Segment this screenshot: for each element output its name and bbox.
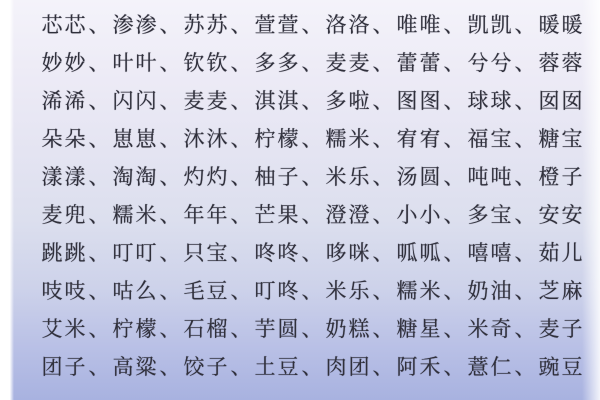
nickname: 多多 — [255, 51, 301, 75]
separator: 、 — [230, 165, 255, 189]
separator: 、 — [301, 89, 326, 113]
nickname: 兮兮 — [468, 51, 514, 75]
nickname: 朵朵 — [42, 127, 88, 151]
nickname: 叮咚 — [255, 279, 301, 303]
nickname: 柠檬 — [113, 317, 159, 341]
nickname-row: 朵朵、崽崽、沐沐、柠檬、糯米、宥宥、福宝、糖宝 — [0, 120, 600, 158]
nickname: 多啦 — [326, 89, 372, 113]
nickname: 糖星 — [397, 317, 443, 341]
nickname: 高粱 — [113, 355, 159, 379]
separator: 、 — [88, 355, 113, 379]
nickname: 跳跳 — [42, 241, 88, 265]
nickname: 阿禾 — [397, 355, 443, 379]
nickname: 叶叶 — [113, 51, 159, 75]
nickname: 嘻嘻 — [468, 241, 514, 265]
separator: 、 — [159, 89, 184, 113]
page-right-fade — [582, 0, 600, 400]
nickname: 蓉蓉 — [539, 51, 585, 75]
separator: 、 — [301, 355, 326, 379]
nickname: 只宝 — [184, 241, 230, 265]
separator: 、 — [159, 241, 184, 265]
nickname: 图图 — [397, 89, 443, 113]
separator: 、 — [230, 241, 255, 265]
nickname: 糯米 — [326, 127, 372, 151]
separator: 、 — [372, 89, 397, 113]
nickname: 沐沐 — [184, 127, 230, 151]
separator: 、 — [88, 203, 113, 227]
nickname: 柠檬 — [255, 127, 301, 151]
nickname-rows: 芯芯、渗渗、苏苏、萱萱、洛洛、唯唯、凯凯、暖暖妙妙、叶叶、钦钦、多多、麦麦、蕾蕾… — [0, 0, 600, 400]
separator: 、 — [372, 13, 397, 37]
nickname-row: 麦兜、糯米、年年、芒果、澄澄、小小、多宝、安安 — [0, 196, 600, 234]
nickname: 唯唯 — [397, 13, 443, 37]
nickname: 澄澄 — [326, 203, 372, 227]
separator: 、 — [301, 13, 326, 37]
separator: 、 — [372, 241, 397, 265]
separator: 、 — [514, 127, 539, 151]
nickname: 囡囡 — [539, 89, 585, 113]
nickname: 芯芯 — [42, 13, 88, 37]
separator: 、 — [514, 203, 539, 227]
nickname: 豌豆 — [539, 355, 585, 379]
nickname: 渗渗 — [113, 13, 159, 37]
separator: 、 — [159, 127, 184, 151]
separator: 、 — [372, 279, 397, 303]
nickname: 凯凯 — [468, 13, 514, 37]
nickname: 多宝 — [468, 203, 514, 227]
nickname: 肉团 — [326, 355, 372, 379]
separator: 、 — [159, 51, 184, 75]
separator: 、 — [443, 203, 468, 227]
nickname: 安安 — [539, 203, 585, 227]
nickname: 灼灼 — [184, 165, 230, 189]
separator: 、 — [159, 279, 184, 303]
separator: 、 — [372, 355, 397, 379]
nickname: 柚子 — [255, 165, 301, 189]
separator: 、 — [301, 127, 326, 151]
nickname: 奶糕 — [326, 317, 372, 341]
nickname: 宥宥 — [397, 127, 443, 151]
nickname: 糖宝 — [539, 127, 585, 151]
separator: 、 — [159, 165, 184, 189]
separator: 、 — [443, 89, 468, 113]
nickname: 闪闪 — [113, 89, 159, 113]
separator: 、 — [159, 355, 184, 379]
nickname: 茹儿 — [539, 241, 585, 265]
separator: 、 — [159, 13, 184, 37]
separator: 、 — [230, 279, 255, 303]
separator: 、 — [372, 165, 397, 189]
nickname: 麦麦 — [184, 89, 230, 113]
nickname: 糯米 — [397, 279, 443, 303]
nickname: 米乐 — [326, 165, 372, 189]
nickname: 吨吨 — [468, 165, 514, 189]
nickname-row: 团子、高粱、饺子、土豆、肉团、阿禾、薏仁、豌豆 — [0, 348, 600, 386]
nickname: 吱吱 — [42, 279, 88, 303]
nickname: 蕾蕾 — [397, 51, 443, 75]
nickname: 淇淇 — [255, 89, 301, 113]
separator: 、 — [301, 165, 326, 189]
separator: 、 — [301, 279, 326, 303]
separator: 、 — [514, 51, 539, 75]
nickname: 咚咚 — [255, 241, 301, 265]
nickname: 麦子 — [539, 317, 585, 341]
nickname: 漾漾 — [42, 165, 88, 189]
separator: 、 — [230, 355, 255, 379]
nickname: 石榴 — [184, 317, 230, 341]
nickname: 饺子 — [184, 355, 230, 379]
nickname: 洛洛 — [326, 13, 372, 37]
separator: 、 — [443, 165, 468, 189]
nickname: 薏仁 — [468, 355, 514, 379]
separator: 、 — [443, 317, 468, 341]
nickname: 萱萱 — [255, 13, 301, 37]
separator: 、 — [514, 355, 539, 379]
nickname: 福宝 — [468, 127, 514, 151]
nickname: 芒果 — [255, 203, 301, 227]
nickname: 呱呱 — [397, 241, 443, 265]
separator: 、 — [301, 241, 326, 265]
separator: 、 — [230, 13, 255, 37]
separator: 、 — [443, 127, 468, 151]
separator: 、 — [514, 317, 539, 341]
separator: 、 — [88, 127, 113, 151]
separator: 、 — [443, 279, 468, 303]
separator: 、 — [230, 203, 255, 227]
nickname: 米奇 — [468, 317, 514, 341]
nickname: 麦兜 — [42, 203, 88, 227]
nickname: 妙妙 — [42, 51, 88, 75]
separator: 、 — [88, 165, 113, 189]
nickname: 米乐 — [326, 279, 372, 303]
nickname-row: 妙妙、叶叶、钦钦、多多、麦麦、蕾蕾、兮兮、蓉蓉 — [0, 44, 600, 82]
separator: 、 — [301, 51, 326, 75]
separator: 、 — [301, 203, 326, 227]
nickname-row: 艾米、柠檬、石榴、芋圆、奶糕、糖星、米奇、麦子 — [0, 310, 600, 348]
nickname: 汤圆 — [397, 165, 443, 189]
separator: 、 — [514, 279, 539, 303]
separator: 、 — [230, 89, 255, 113]
nickname: 土豆 — [255, 355, 301, 379]
separator: 、 — [443, 13, 468, 37]
nickname-row: 浠浠、闪闪、麦麦、淇淇、多啦、图图、球球、囡囡 — [0, 82, 600, 120]
separator: 、 — [514, 241, 539, 265]
separator: 、 — [159, 317, 184, 341]
separator: 、 — [230, 317, 255, 341]
nickname: 钦钦 — [184, 51, 230, 75]
separator: 、 — [372, 51, 397, 75]
page-left-margin — [0, 0, 14, 400]
separator: 、 — [443, 51, 468, 75]
nickname: 橙子 — [539, 165, 585, 189]
separator: 、 — [301, 317, 326, 341]
nickname-row: 跳跳、叮叮、只宝、咚咚、哆咪、呱呱、嘻嘻、茹儿 — [0, 234, 600, 272]
separator: 、 — [88, 51, 113, 75]
nickname: 咕么 — [113, 279, 159, 303]
nickname: 麦麦 — [326, 51, 372, 75]
nickname: 苏苏 — [184, 13, 230, 37]
separator: 、 — [372, 317, 397, 341]
nickname: 糯米 — [113, 203, 159, 227]
nickname-row: 漾漾、淘淘、灼灼、柚子、米乐、汤圆、吨吨、橙子 — [0, 158, 600, 196]
nickname: 年年 — [184, 203, 230, 227]
nickname: 哆咪 — [326, 241, 372, 265]
separator: 、 — [88, 317, 113, 341]
nickname: 奶油 — [468, 279, 514, 303]
nickname-row: 芯芯、渗渗、苏苏、萱萱、洛洛、唯唯、凯凯、暖暖 — [0, 6, 600, 44]
nickname: 浠浠 — [42, 89, 88, 113]
nickname: 球球 — [468, 89, 514, 113]
separator: 、 — [372, 127, 397, 151]
nickname: 小小 — [397, 203, 443, 227]
nickname: 淘淘 — [113, 165, 159, 189]
separator: 、 — [159, 203, 184, 227]
separator: 、 — [230, 51, 255, 75]
nickname-list-page: 芯芯、渗渗、苏苏、萱萱、洛洛、唯唯、凯凯、暖暖妙妙、叶叶、钦钦、多多、麦麦、蕾蕾… — [0, 0, 600, 400]
separator: 、 — [88, 89, 113, 113]
nickname: 芋圆 — [255, 317, 301, 341]
separator: 、 — [88, 13, 113, 37]
nickname: 芝麻 — [539, 279, 585, 303]
nickname: 暖暖 — [539, 13, 585, 37]
nickname: 艾米 — [42, 317, 88, 341]
separator: 、 — [443, 241, 468, 265]
nickname: 崽崽 — [113, 127, 159, 151]
separator: 、 — [443, 355, 468, 379]
separator: 、 — [372, 203, 397, 227]
separator: 、 — [230, 127, 255, 151]
separator: 、 — [514, 89, 539, 113]
separator: 、 — [88, 241, 113, 265]
nickname-row: 吱吱、咕么、毛豆、叮咚、米乐、糯米、奶油、芝麻 — [0, 272, 600, 310]
separator: 、 — [88, 279, 113, 303]
nickname: 团子 — [42, 355, 88, 379]
nickname: 叮叮 — [113, 241, 159, 265]
separator: 、 — [514, 13, 539, 37]
nickname: 毛豆 — [184, 279, 230, 303]
separator: 、 — [514, 165, 539, 189]
